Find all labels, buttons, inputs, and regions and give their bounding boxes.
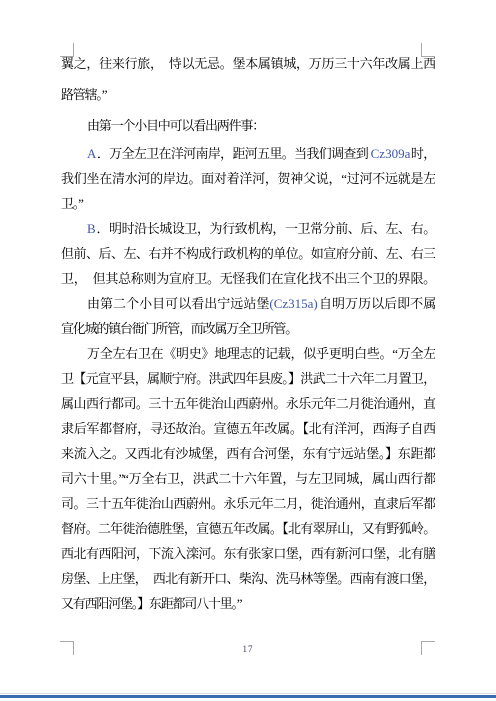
text-line: 宣化城的镇台衙门所管，而改属万全卫所管。 <box>61 316 435 341</box>
paragraph: 翼之，往来行旅， 恃以无忌。堡本属镇城，万历三十六年改属上西路管辖。” <box>61 48 435 110</box>
text-line: 司。三十五年徙治山西蔚州。永乐元年二月，徙治通州，直隶后军都 <box>61 491 435 516</box>
latin-text: (Cz315a) <box>269 296 317 311</box>
paragraph: 由第二个小目可以看出宁远站堡(Cz315a)自明万历以后即不属宣化城的镇台衙门所… <box>61 291 435 341</box>
text-line: 卫。” <box>61 191 435 216</box>
page-number: 17 <box>0 644 496 654</box>
text-line: A．万全左卫在洋河南岸，距河五里。当我们调查到 Cz309a时， <box>61 141 435 166</box>
latin-text: Cz309a <box>371 146 411 161</box>
text-line: 西北有西阳河，下流入滦河。东有张家口堡，西有新河口堡，北有膳 <box>61 541 435 566</box>
text-line: 卫， 但其总称则为宣府卫。无怪我们在宣化找不出三个卫的界限。 <box>61 266 435 291</box>
text-line: 房堡、上庄堡， 西北有新开口、柴沟、洗马林等堡。西南有渡口堡， <box>61 566 435 591</box>
latin-text: A <box>87 146 96 161</box>
text-line: 由第二个小目可以看出宁远站堡(Cz315a)自明万历以后即不属 <box>61 291 435 316</box>
text-line: B．明时沿长城设卫，为行致机构，一卫常分前、后、左、右。 <box>61 216 435 241</box>
text-line: 翼之，往来行旅， 恃以无忌。堡本属镇城，万历三十六年改属上西 <box>61 48 435 79</box>
bottom-accent-bar <box>0 695 496 698</box>
paragraph: B．明时沿长城设卫，为行致机构，一卫常分前、后、左、右。但前、后、左、右并不构成… <box>61 216 435 291</box>
paragraph: A．万全左卫在洋河南岸，距河五里。当我们调查到 Cz309a时，我们坐在清水河的… <box>61 141 435 216</box>
bottom-divider-line <box>0 693 496 694</box>
text-line: 我们坐在清水河的岸边。面对着洋河，贺神父说，“过河不远就是左 <box>61 166 435 191</box>
text-line: 来流入之。又西北有沙城堡，西有合河堡，东有宁远站堡。】东距都 <box>61 441 435 466</box>
text-line: 属山西行都司。三十五年徙治山西蔚州。永乐元年二月徙治通州，直 <box>61 391 435 416</box>
text-line: 又有西阳河堡。】东距都司八十里。” <box>61 591 435 616</box>
document-text: 翼之，往来行旅， 恃以无忌。堡本属镇城，万历三十六年改属上西路管辖。”由第一个小… <box>61 48 435 616</box>
paragraph: 由第一个小目中可以看出两件事： <box>61 110 435 141</box>
latin-text: B <box>87 221 96 236</box>
text-line: 万全左右卫在《明史》地理志的记载，似乎更明白些。“万全左 <box>61 341 435 366</box>
text-line: 督府。二年徙治德胜堡，宣德五年改属。【北有翠屏山，又有野狐岭。 <box>61 516 435 541</box>
text-line: 卫【元宣平县，属顺宁府。洪武四年县废。】洪武二十六年二月置卫， <box>61 366 435 391</box>
text-line: 由第一个小目中可以看出两件事： <box>61 110 435 141</box>
paragraph: 万全左右卫在《明史》地理志的记载，似乎更明白些。“万全左卫【元宣平县，属顺宁府。… <box>61 341 435 616</box>
text-line: 路管辖。” <box>61 79 435 110</box>
text-line: 隶后军都督府，寻还故治。宣德五年改属。【北有洋河，西海子自西 <box>61 416 435 441</box>
document-page: 翼之，往来行旅， 恃以无忌。堡本属镇城，万历三十六年改属上西路管辖。”由第一个小… <box>0 0 496 701</box>
text-line: 但前、后、左、右并不构成行政机构的单位。如宣府分前、左、右三 <box>61 241 435 266</box>
text-line: 司六十里。”“万全右卫，洪武二十六年置，与左卫同城，属山西行都 <box>61 466 435 491</box>
